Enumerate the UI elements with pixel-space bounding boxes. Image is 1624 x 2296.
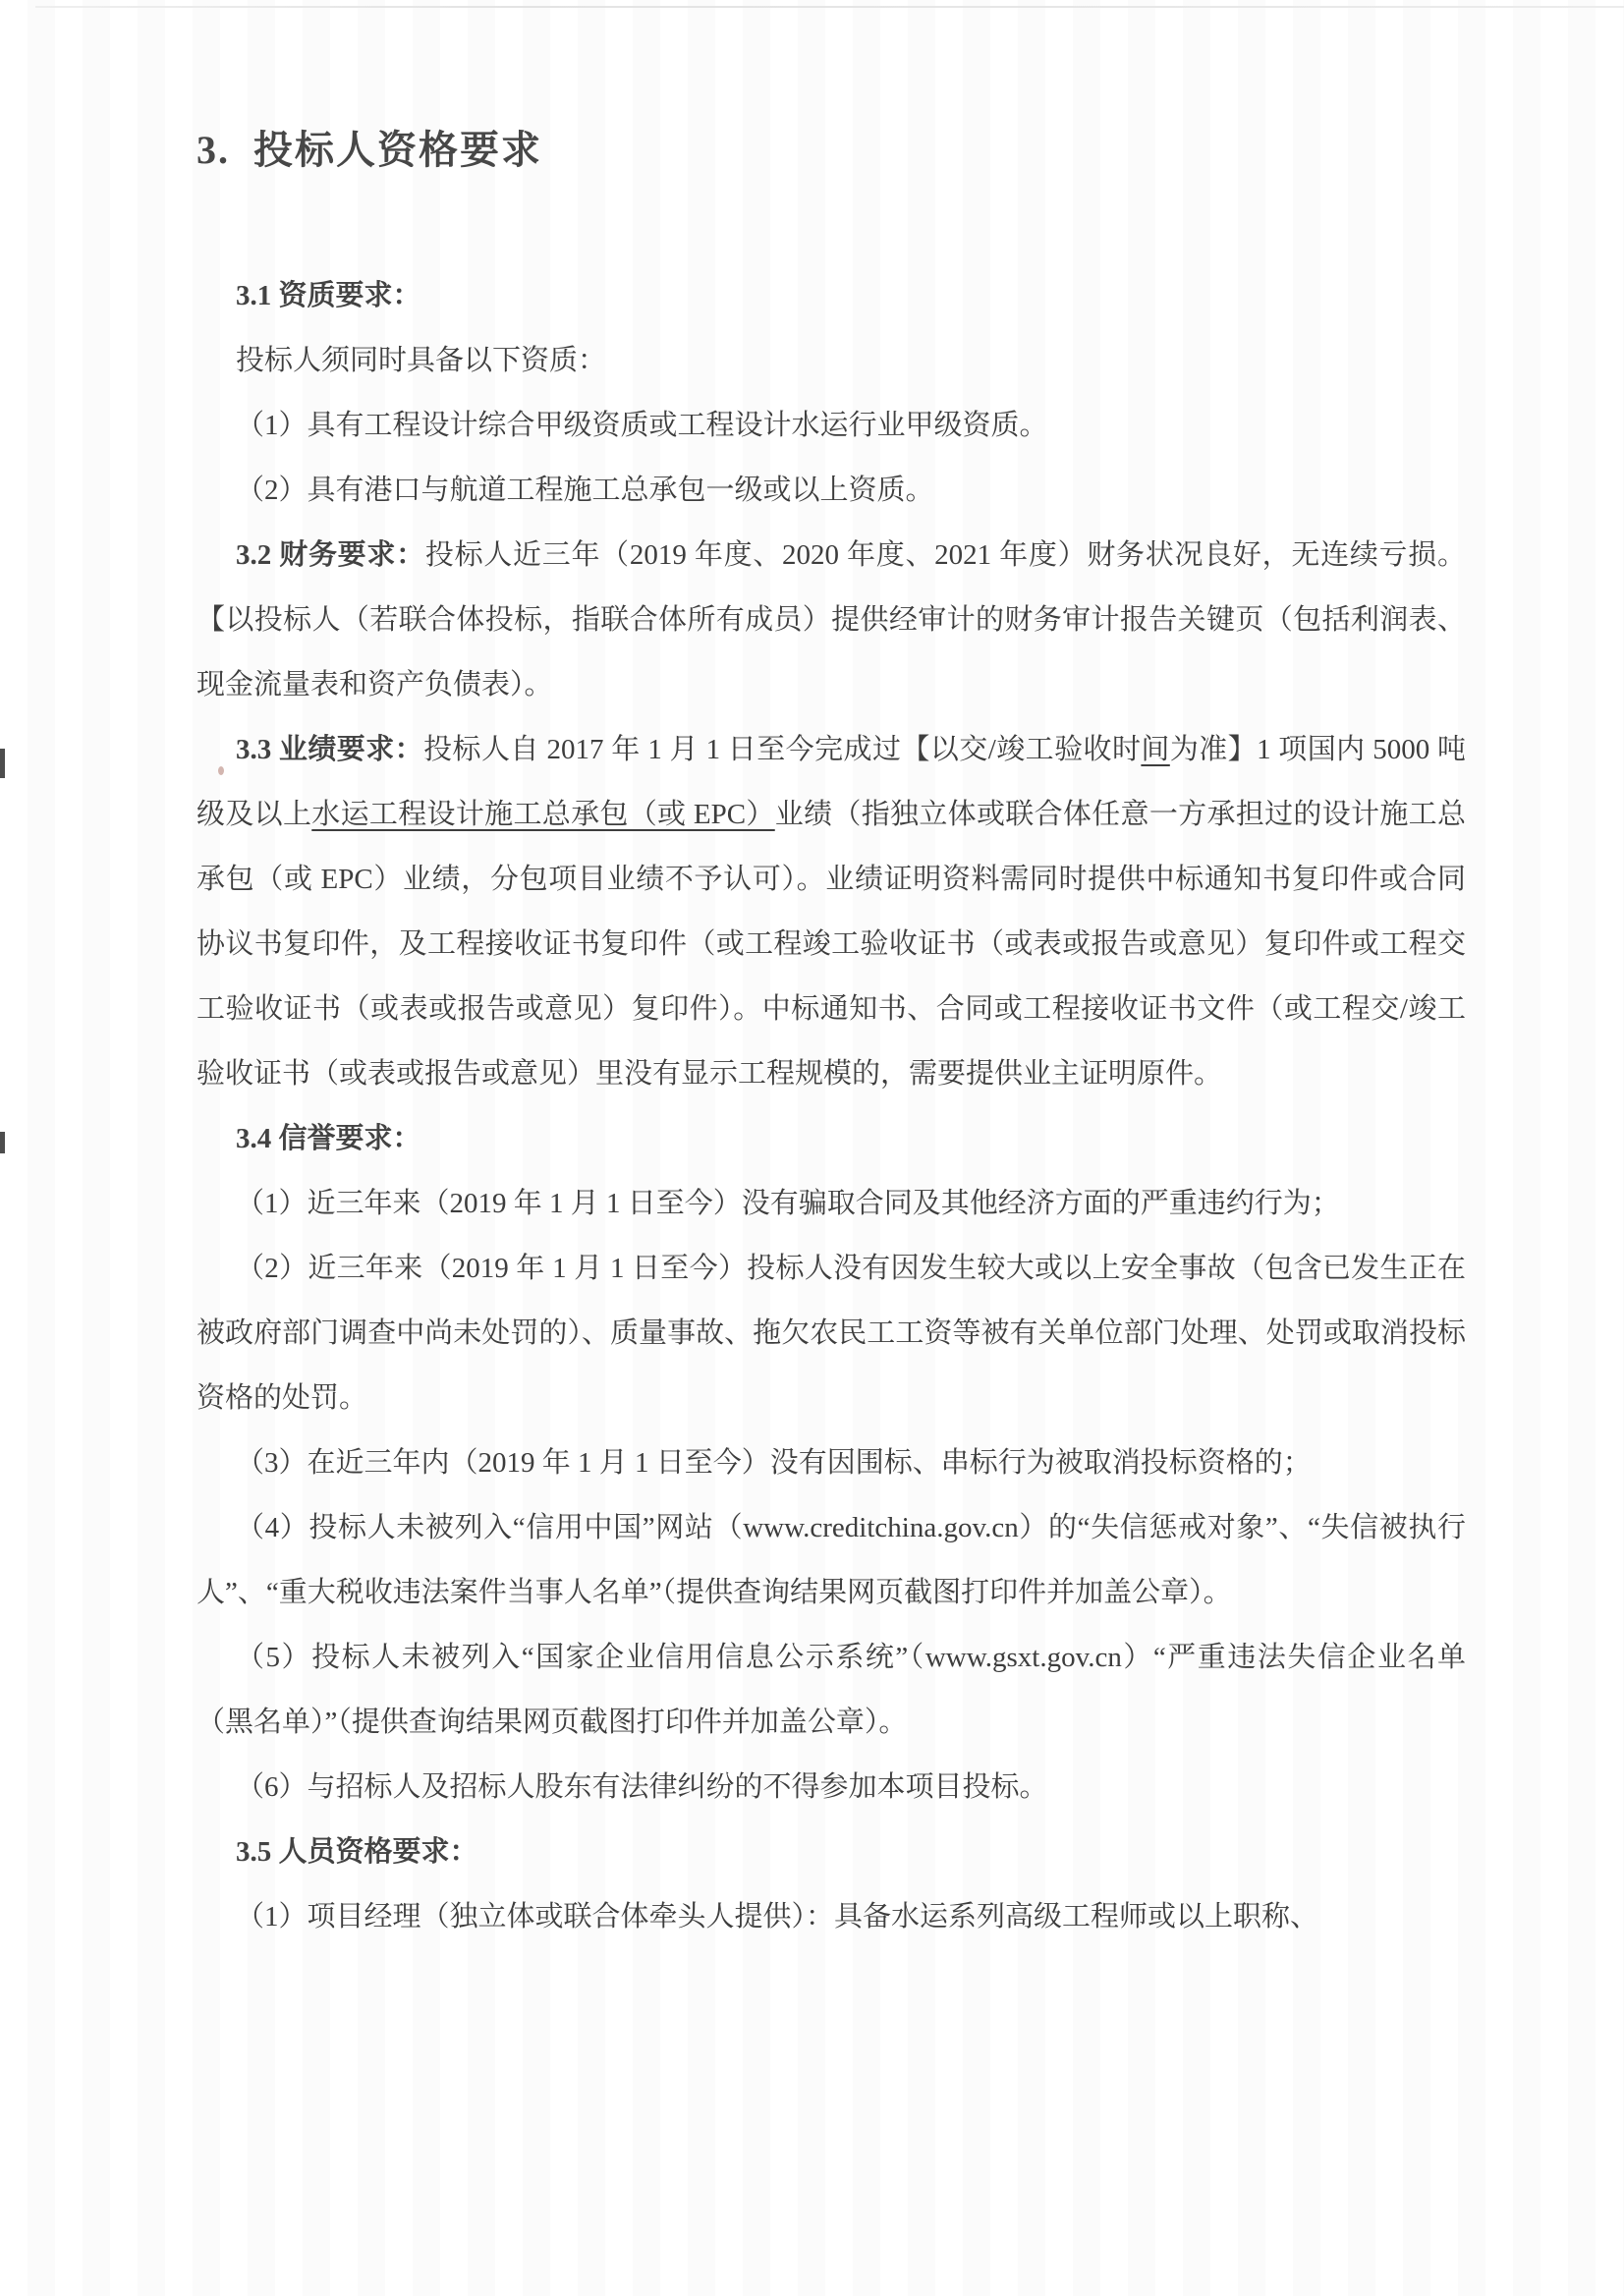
paragraph: 3.2 财务要求：投标人近三年（2019 年度、2020 年度、2021 年度）… (196, 523, 1466, 717)
text-run: 业绩（指独立体或联合体任意一方承担过的设计施工总承包（或 EPC）业绩，分包项目… (196, 799, 1466, 1090)
paragraph: （5）投标人未被列入“国家企业信用信息公示系统”（www.gsxt.gov.cn… (196, 1625, 1466, 1755)
bold-text: 3.5 人员资格要求： (236, 1836, 478, 1868)
paragraph: （2）具有港口与航道工程施工总承包一级或以上资质。 (196, 458, 1466, 523)
scan-artifact-left-mark-1 (0, 749, 5, 778)
section-heading: 3.4 信誉要求： (196, 1106, 1466, 1171)
paragraph: （1）具有工程设计综合甲级资质或工程设计水运行业甲级资质。 (196, 393, 1466, 458)
document-body: 3.1 资质要求：投标人须同时具备以下资质：（1）具有工程设计综合甲级资质或工程… (196, 263, 1466, 1949)
underlined-text: 水运工程设计施工总承包（或 EPC） (311, 799, 774, 830)
text-run: （3）在近三年内（2019 年 1 月 1 日至今）没有因围标、串标行为被取消投… (236, 1447, 1312, 1479)
paragraph: 投标人须同时具备以下资质： (196, 328, 1466, 393)
paragraph: （1）近三年来（2019 年 1 月 1 日至今）没有骗取合同及其他经济方面的严… (196, 1171, 1466, 1236)
paragraph: （1）项目经理（独立体或联合体牵头人提供）：具备水运系列高级工程师或以上职称、 (196, 1884, 1466, 1949)
paragraph: （4）投标人未被列入“信用中国”网站（www.creditchina.gov.c… (196, 1495, 1466, 1625)
scan-artifact-left-mark-2 (0, 1132, 5, 1153)
text-run: （6）与招标人及招标人股东有法律纠纷的不得参加本项目投标。 (236, 1771, 1048, 1803)
text-run: （5）投标人未被列入“国家企业信用信息公示系统”（www.gsxt.gov.cn… (196, 1642, 1466, 1738)
section-heading: 3.5 人员资格要求： (196, 1820, 1466, 1884)
text-run: （2）近三年来（2019 年 1 月 1 日至今）投标人没有因发生较大或以上安全… (196, 1253, 1466, 1414)
text-run: （4）投标人未被列入“信用中国”网站（www.creditchina.gov.c… (196, 1512, 1466, 1608)
bold-text: 3.1 资质要求： (236, 280, 421, 311)
section-title: 3. 投标人资格要求 (196, 126, 1466, 175)
scan-top-edge-line (35, 6, 1624, 8)
document-page: 3. 投标人资格要求 3.1 资质要求：投标人须同时具备以下资质：（1）具有工程… (196, 126, 1466, 1949)
paragraph: （6）与招标人及招标人股东有法律纠纷的不得参加本项目投标。 (196, 1755, 1466, 1820)
section-heading: 3.1 资质要求： (196, 263, 1466, 328)
paragraph: 3.3 业绩要求：投标人自 2017 年 1 月 1 日至今完成过【以交/竣工验… (196, 717, 1466, 1106)
bold-text: 3.3 业绩要求： (236, 734, 423, 765)
bold-text: 3.4 信誉要求： (236, 1123, 421, 1154)
text-run: （2）具有港口与航道工程施工总承包一级或以上资质。 (236, 475, 934, 506)
text-run: （1）近三年来（2019 年 1 月 1 日至今）没有骗取合同及其他经济方面的严… (236, 1188, 1340, 1219)
text-run: （1）项目经理（独立体或联合体牵头人提供）：具备水运系列高级工程师或以上职称、 (236, 1901, 1318, 1932)
paragraph: （2）近三年来（2019 年 1 月 1 日至今）投标人没有因发生较大或以上安全… (196, 1236, 1466, 1430)
bold-text: 3.2 财务要求： (236, 539, 425, 571)
text-run: 投标人自 2017 年 1 月 1 日至今完成过【以交/竣工验收时 (423, 734, 1141, 765)
text-run: 投标人须同时具备以下资质： (236, 345, 606, 376)
underlined-text: 间 (1141, 734, 1169, 765)
text-run: （1）具有工程设计综合甲级资质或工程设计水运行业甲级资质。 (236, 410, 1048, 441)
paragraph: （3）在近三年内（2019 年 1 月 1 日至今）没有因围标、串标行为被取消投… (196, 1430, 1466, 1495)
